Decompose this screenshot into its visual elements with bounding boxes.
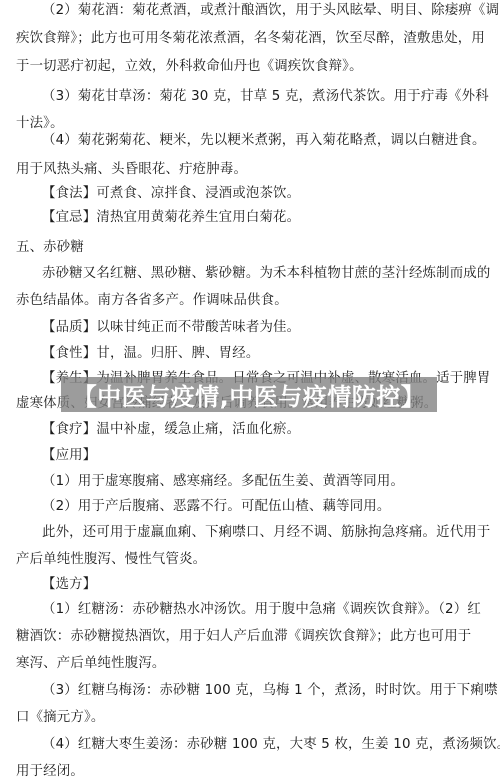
text-line: （3）红糖乌梅汤：赤砂糖 100 克，乌梅 1 个，煮汤，时时饮。用于下痢噤	[42, 681, 498, 701]
text-line: 寒泻、产后单纯性腹泻。	[16, 654, 166, 674]
text-line: 产后单纯性腹泻、慢性气管炎。	[16, 550, 206, 570]
text-line: 糖酒饮：赤砂糖搅热酒饮，用于妇人产后血滞《调疾饮食辩》；此方也可用于	[16, 627, 471, 647]
text-line: 用于经闭。	[16, 762, 84, 781]
text-line: 【应用】	[42, 446, 96, 466]
text-line: （2）用于产后腹痛、恶露不行。可配伍山楂、藕等同用。	[42, 497, 390, 517]
text-line: 【选方】	[42, 575, 96, 595]
text-line: 赤色结晶体。南方各省多产。作调味品供食。	[16, 291, 288, 311]
text-line: 【食性】甘，温。归肝、脾、胃经。	[42, 344, 259, 364]
text-line: 于一切恶疔初起，立效，外科救命仙丹也《调疾饮食辩》。	[16, 57, 363, 77]
text-line: 口《摘元方》。	[16, 708, 104, 728]
text-line: 疾饮食辩》；此方也可用冬菊花浓煮酒，名冬菊花酒，饮至尽醉，渣敷患处，用	[16, 29, 485, 49]
text-line: 【品质】以味甘纯正而不带酸苦味者为佳。	[42, 318, 300, 338]
text-line: 用于风热头痛、头昏眼花、疔疮肿毒。	[16, 160, 247, 180]
title-overlay-banner: 【中医与疫情,中医与疫情防控】	[61, 377, 437, 412]
text-line: 【宜忌】清热宜用黄菊花养生宜用白菊花。	[42, 208, 300, 228]
text-line: 五、赤砂糖	[16, 238, 84, 258]
text-line: （3）菊花甘草汤：菊花 30 克，甘草 5 克，煮汤代茶饮。用于疔毒《外科	[42, 87, 489, 107]
text-line: （1）用于虚寒腹痛、感寒痛经。多配伍生姜、黄酒等同用。	[42, 472, 404, 492]
text-line: 【食法】可煮食、凉拌食、浸酒或泡茶饮。	[42, 184, 300, 204]
text-line: （4）红糖大枣生姜汤：赤砂糖 100 克，大枣 5 枚，生姜 10 克，煮汤频饮…	[42, 735, 500, 755]
text-line: 【食疗】温中补虚，缓急止痛，活血化瘀。	[42, 420, 300, 440]
overlay-title: 【中医与疫情,中医与疫情防控】	[73, 377, 426, 412]
text-line: （2）菊花酒：菊花煮酒，或煮汁酿酒饮，用于头风眩晕、明目、除痿痹《调	[42, 1, 499, 21]
text-line: 此外，还可用于虚羸血痢、下痢噤口、月经不调、筋脉拘急疼痛。近代用于	[42, 523, 491, 543]
text-line: 赤砂糖又名红糖、黑砂糖、紫砂糖。为禾本科植物甘蔗的茎汁经炼制而成的	[42, 264, 491, 284]
text-line: （1）红糖汤：赤砂糖热水冲汤饮。用于腹中急痛《调疾饮食辩》。（2）红	[42, 600, 481, 620]
text-line: （4）菊花粥菊花、粳米，先以粳米煮粥，再入菊花略煮，调以白糖进食。	[42, 131, 486, 151]
